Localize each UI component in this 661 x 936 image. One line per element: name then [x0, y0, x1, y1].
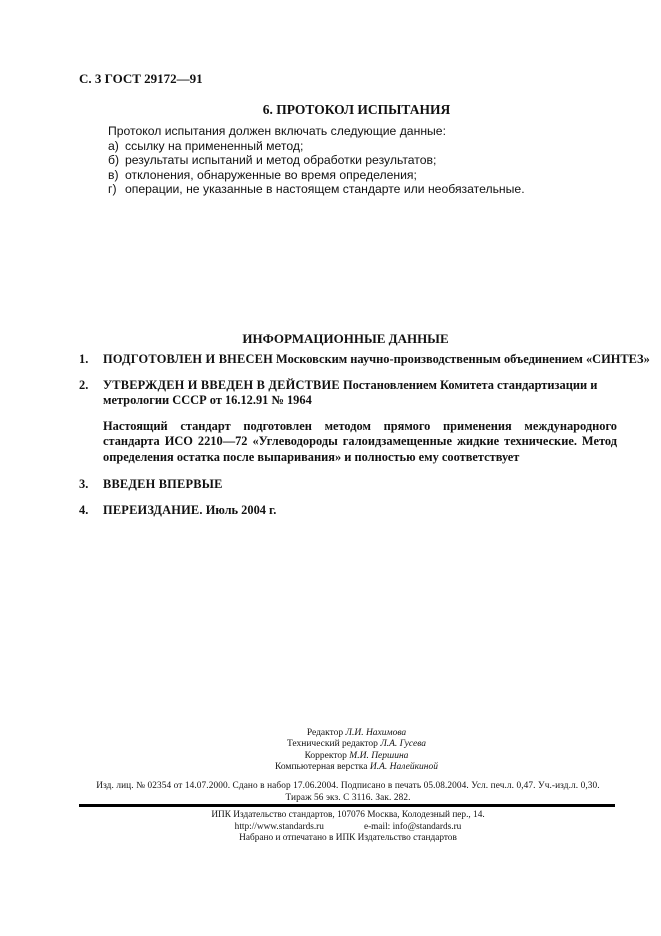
- item-lead: УТВЕРЖДЕН И ВВЕДЕН В ДЕЙСТВИЕ: [103, 378, 340, 392]
- info-data-list: 1. ПОДГОТОВЛЕН И ВНЕСЕН Московским научн…: [79, 352, 617, 518]
- item-marker: а): [108, 139, 125, 154]
- publisher-contact: http://www.standards.rue-mail: info@stan…: [79, 822, 617, 834]
- item-text: Июль 2004 г.: [206, 503, 277, 517]
- protocol-item-b: б)результаты испытаний и метод обработки…: [108, 153, 628, 168]
- editorial-credits: Редактор Л.И. Нахимова Технический редак…: [0, 728, 661, 773]
- publisher-email-link[interactable]: e-mail: info@standards.ru: [364, 822, 461, 834]
- credit-role: Компьютерная верстка: [275, 762, 367, 772]
- info-item-approved: 2. УТВЕРЖДЕН И ВВЕДЕН В ДЕЙСТВИЕ Постано…: [79, 378, 617, 409]
- item-text: результаты испытаний и метод обработки р…: [125, 153, 436, 167]
- credit-role: Технический редактор: [287, 739, 378, 749]
- credit-role: Редактор: [307, 728, 343, 738]
- item-text: ссылку на примененный метод;: [125, 139, 303, 153]
- item-text: отклонения, обнаруженные во время опреде…: [125, 168, 417, 182]
- info-note-iso: Настоящий стандарт подготовлен методом п…: [79, 419, 617, 466]
- item-marker: г): [108, 182, 125, 197]
- info-data-title: ИНФОРМАЦИОННЫЕ ДАННЫЕ: [0, 331, 661, 347]
- credit-name: М.И. Першина: [349, 751, 408, 761]
- section-6-title: 6. ПРОТОКОЛ ИСПЫТАНИЯ: [0, 102, 661, 118]
- protocol-item-a: а)ссылку на примененный метод;: [108, 139, 628, 154]
- info-item-prepared: 1. ПОДГОТОВЛЕН И ВНЕСЕН Московским научн…: [79, 352, 617, 368]
- protocol-item-v: в)отклонения, обнаруженные во время опре…: [108, 168, 628, 183]
- credit-name: И.А. Налейкиной: [370, 762, 438, 772]
- item-lead: ПОДГОТОВЛЕН И ВНЕСЕН: [103, 352, 273, 366]
- footer-divider: [79, 804, 615, 807]
- credit-technical-editor: Технический редактор Л.А. Гусева: [52, 739, 661, 750]
- publisher-address: ИПК Издательство стандартов, 107076 Моск…: [79, 810, 617, 822]
- protocol-requirements: Протокол испытания должен включать следу…: [108, 124, 628, 197]
- credit-name: Л.А. Гусева: [380, 739, 426, 749]
- protocol-item-g: г)операции, не указанные в настоящем ста…: [108, 182, 628, 197]
- item-lead: ПЕРЕИЗДАНИЕ.: [103, 503, 203, 517]
- imprint-info: Изд. лиц. № 02354 от 14.07.2000. Сдано в…: [79, 781, 617, 804]
- imprint-line-1: Изд. лиц. № 02354 от 14.07.2000. Сдано в…: [79, 781, 617, 793]
- page-header: С. 3 ГОСТ 29172—91: [79, 71, 203, 87]
- item-marker: б): [108, 153, 125, 168]
- credit-layout: Компьютерная верстка И.А. Налейкиной: [52, 762, 661, 773]
- publisher-website-link[interactable]: http://www.standards.ru: [235, 822, 324, 834]
- item-number: 4.: [79, 503, 88, 519]
- item-number: 1.: [79, 352, 88, 368]
- item-number: 2.: [79, 378, 88, 394]
- publisher-info: ИПК Издательство стандартов, 107076 Моск…: [79, 810, 617, 845]
- info-item-first-introduced: 3. ВВЕДЕН ВПЕРВЫЕ: [79, 477, 617, 493]
- credit-role: Корректор: [305, 751, 347, 761]
- credit-proofreader: Корректор М.И. Першина: [52, 751, 661, 762]
- protocol-intro: Протокол испытания должен включать следу…: [108, 124, 628, 139]
- credit-editor: Редактор Л.И. Нахимова: [52, 728, 661, 739]
- item-number: 3.: [79, 477, 88, 493]
- info-item-reissue: 4. ПЕРЕИЗДАНИЕ. Июль 2004 г.: [79, 503, 617, 519]
- credit-name: Л.И. Нахимова: [346, 728, 407, 738]
- item-lead: ВВЕДЕН ВПЕРВЫЕ: [103, 477, 223, 491]
- item-marker: в): [108, 168, 125, 183]
- imprint-line-2: Тираж 56 экз. С 3116. Зак. 282.: [79, 793, 617, 805]
- item-text: операции, не указанные в настоящем станд…: [125, 182, 525, 196]
- item-text: Московским научно-производственным объед…: [276, 352, 650, 366]
- publisher-printed-note: Набрано и отпечатано в ИПК Издательство …: [79, 833, 617, 845]
